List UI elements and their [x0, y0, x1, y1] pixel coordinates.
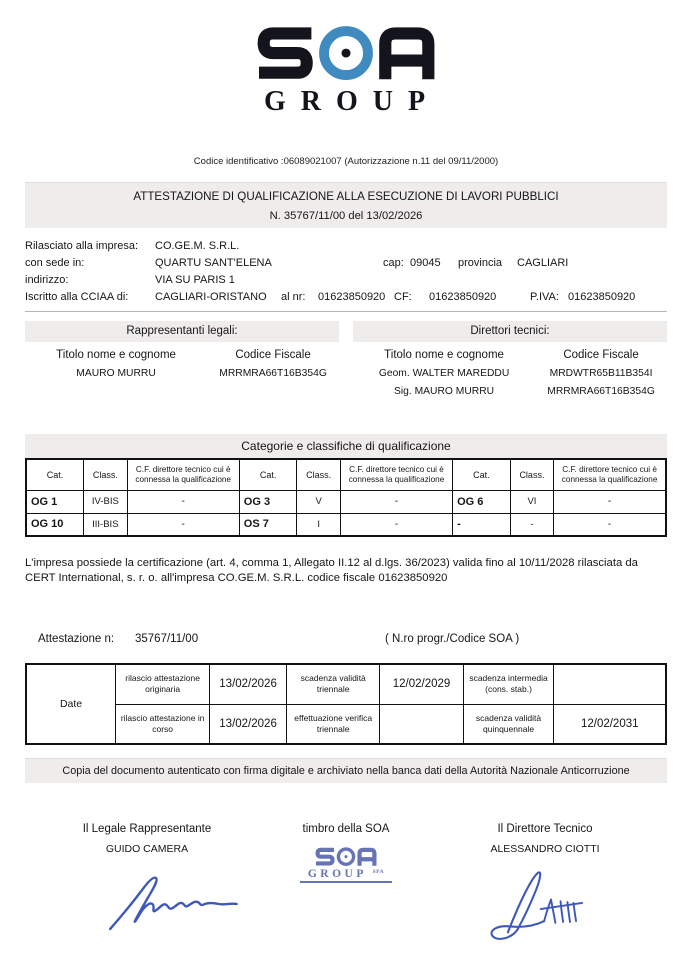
tecnici-row: Sig. MAURO MURRU MRRMRA66T16B354G	[353, 386, 667, 397]
date-cell-label: effettuazione verifica triennale	[286, 704, 379, 744]
provincia-label: provincia	[458, 257, 502, 269]
cat-header-cell: Cat.	[453, 459, 511, 490]
cf-cell: -	[340, 513, 452, 536]
company-value: CAGLIARI-ORISTANO	[155, 291, 267, 303]
classifica-cell: I	[297, 513, 341, 536]
attestazione-row: Attestazione n: 35767/11/00 ( N.ro progr…	[25, 633, 667, 649]
categorie-data-row: OG 10 III-BIS - OS 7 I - - - -	[26, 513, 666, 536]
person-cf: MRRMRA66T16B354G	[207, 368, 339, 379]
codice-identificativo: Codice identificativo :06089021007 (Auto…	[25, 156, 667, 167]
provincia-value: CAGLIARI	[517, 257, 568, 269]
cf-cell: -	[554, 490, 666, 513]
date-cell-value	[380, 704, 463, 744]
classifica-cell: V	[297, 490, 341, 513]
categorie-header-bar: Categorie e classifiche di qualificazion…	[25, 434, 667, 458]
document-title: ATTESTAZIONE DI QUALIFICAZIONE ALLA ESEC…	[25, 190, 667, 203]
classifica-cell: IV-BIS	[84, 490, 128, 513]
classifica-cell: III-BIS	[84, 513, 128, 536]
date-table: Date rilascio attestazione originaria 13…	[25, 663, 667, 745]
soa-stamp-icon: GROUP SPA	[269, 847, 423, 883]
tecnici-section: Direttori tecnici: Titolo nome e cognome…	[353, 321, 667, 397]
categoria-cell: OG 6	[453, 490, 511, 513]
cap-label: cap:	[383, 257, 404, 269]
date-cell-label: scadenza validità triennale	[286, 664, 379, 704]
person-name: Geom. WALTER MAREDDU	[353, 368, 535, 379]
cf-cell: -	[127, 490, 239, 513]
company-value: CO.GE.M. S.R.L.	[155, 240, 239, 252]
categoria-cell: OG 10	[26, 513, 84, 536]
person-name: Sig. MAURO MURRU	[353, 386, 535, 397]
attestazione-label: Attestazione n:	[38, 633, 114, 645]
categoria-cell: -	[453, 513, 511, 536]
firma-timbro: timbro della SOA GROUP SPA	[269, 823, 423, 947]
cf-cell: -	[340, 490, 452, 513]
stamp-group-text: GROUP	[308, 868, 366, 880]
soa-group-logo: GROUP	[250, 25, 442, 118]
person-cf: MRRMRA66T16B354G	[535, 386, 667, 397]
cf-header-cell: C.F. direttore tecnico cui è connessa la…	[127, 459, 239, 490]
company-row-sede: con sede in: QUARTU SANT'ELENA cap: 0904…	[25, 257, 667, 274]
person-cf: MRDWTR65B11B354I	[535, 368, 667, 379]
attestazione-note: ( N.ro progr./Codice SOA )	[385, 633, 519, 645]
soa-logo-letters-icon	[251, 25, 441, 83]
tecnici-column-headers: Titolo nome e cognome Codice Fiscale	[353, 349, 667, 361]
cat-header-cell: Cat.	[239, 459, 297, 490]
date-cell-label: rilascio attestazione in corso	[116, 704, 210, 744]
classifica-cell: VI	[510, 490, 554, 513]
title-box: ATTESTAZIONE DI QUALIFICAZIONE ALLA ESEC…	[25, 182, 667, 228]
stamp-spa-text: SPA	[373, 869, 384, 875]
tecnici-row: Geom. WALTER MAREDDU MRDWTR65B11B354I	[353, 368, 667, 379]
date-row-label: Date	[26, 664, 116, 744]
firma-role: timbro della SOA	[269, 823, 423, 835]
firma-name: GUIDO CAMERA	[25, 843, 269, 855]
cf-cell: -	[127, 513, 239, 536]
name-column-header: Titolo nome e cognome	[25, 349, 207, 361]
person-name: MAURO MURRU	[25, 368, 207, 379]
document-number: N. 35767/11/00 del 13/02/2026	[25, 210, 667, 222]
categorie-data-row: OG 1 IV-BIS - OG 3 V - OG 6 VI -	[26, 490, 666, 513]
cf-header-cell: C.F. direttore tecnico cui è connessa la…	[554, 459, 666, 490]
tecnico-signature-icon	[475, 865, 615, 947]
categoria-cell: OG 3	[239, 490, 297, 513]
copia-note-bar: Copia del documento autenticato con firm…	[25, 758, 667, 783]
cf-column-header: Codice Fiscale	[207, 349, 339, 361]
date-cell-label: scadenza intermedia (cons. stab.)	[463, 664, 554, 704]
cf-cell: -	[554, 513, 666, 536]
company-row-indirizzo: indirizzo: VIA SU PARIS 1	[25, 274, 667, 291]
piva-value: 01623850920	[568, 291, 635, 303]
date-cell-label: scadenza validità quinquennale	[463, 704, 554, 744]
cat-header-cell: Cat.	[26, 459, 84, 490]
legale-signature-icon	[52, 865, 242, 943]
date-cell-value: 12/02/2031	[554, 704, 666, 744]
legali-row: MAURO MURRU MRRMRA66T16B354G	[25, 368, 339, 379]
date-cell-value: 13/02/2026	[210, 704, 287, 744]
date-row: rilascio attestazione in corso 13/02/202…	[26, 704, 666, 744]
company-label: Iscritto alla CCIAA di:	[25, 291, 128, 303]
firma-legale: Il Legale Rappresentante GUIDO CAMERA	[25, 823, 269, 947]
company-label: con sede in:	[25, 257, 84, 269]
cf-header-cell: C.F. direttore tecnico cui è connessa la…	[340, 459, 452, 490]
firma-tecnico: Il Direttore Tecnico ALESSANDRO CIOTTI	[423, 823, 667, 947]
legali-section: Rappresentanti legali: Titolo nome e cog…	[25, 321, 339, 397]
classifica-cell: -	[510, 513, 554, 536]
categorie-header-row: Cat. Class. C.F. direttore tecnico cui è…	[26, 459, 666, 490]
firma-role: Il Direttore Tecnico	[423, 823, 667, 835]
firma-role: Il Legale Rappresentante	[25, 823, 269, 835]
class-header-cell: Class.	[510, 459, 554, 490]
date-cell-value	[554, 664, 666, 704]
attestazione-number: 35767/11/00	[135, 633, 198, 645]
stamp-soa-letters-icon	[315, 847, 377, 867]
class-header-cell: Class.	[297, 459, 341, 490]
piva-label: P.IVA:	[530, 291, 559, 303]
company-label: indirizzo:	[25, 274, 68, 286]
company-label: Rilasciato alla impresa:	[25, 240, 138, 252]
logo-group-text: GROUP	[250, 86, 442, 118]
categorie-table: Cat. Class. C.F. direttore tecnico cui è…	[25, 458, 667, 537]
nr-value: 01623850920	[318, 291, 385, 303]
company-info: Rilasciato alla impresa: CO.GE.M. S.R.L.…	[25, 240, 667, 312]
legali-header: Rappresentanti legali:	[25, 321, 339, 342]
company-row-impresa: Rilasciato alla impresa: CO.GE.M. S.R.L.	[25, 240, 667, 257]
cf-value: 01623850920	[429, 291, 496, 303]
certificazione-text: L'impresa possiede la certificazione (ar…	[25, 556, 667, 586]
date-cell-value: 12/02/2029	[380, 664, 463, 704]
cf-column-header: Codice Fiscale	[535, 349, 667, 361]
representatives-section: Rappresentanti legali: Titolo nome e cog…	[25, 321, 667, 397]
cap-value: 09045	[410, 257, 441, 269]
date-cell-label: rilascio attestazione originaria	[116, 664, 210, 704]
cf-label: CF:	[394, 291, 412, 303]
name-column-header: Titolo nome e cognome	[353, 349, 535, 361]
letter-o-dot	[342, 49, 351, 58]
tecnici-header: Direttori tecnici:	[353, 321, 667, 342]
date-row: Date rilascio attestazione originaria 13…	[26, 664, 666, 704]
date-cell-value: 13/02/2026	[210, 664, 287, 704]
nr-label: al nr:	[281, 291, 305, 303]
categoria-cell: OS 7	[239, 513, 297, 536]
company-value: VIA SU PARIS 1	[155, 274, 235, 286]
letter-s-shape	[259, 33, 311, 72]
document-page: GROUP Codice identificativo :06089021007…	[0, 0, 692, 980]
class-header-cell: Class.	[84, 459, 128, 490]
categoria-cell: OG 1	[26, 490, 84, 513]
stamp-underline	[300, 881, 392, 883]
firma-name: ALESSANDRO CIOTTI	[423, 843, 667, 855]
signatures-section: Il Legale Rappresentante GUIDO CAMERA ti…	[25, 823, 667, 947]
company-value: QUARTU SANT'ELENA	[155, 257, 272, 269]
company-row-cciaa: Iscritto alla CCIAA di: CAGLIARI-ORISTAN…	[25, 291, 667, 308]
legali-column-headers: Titolo nome e cognome Codice Fiscale	[25, 349, 339, 361]
